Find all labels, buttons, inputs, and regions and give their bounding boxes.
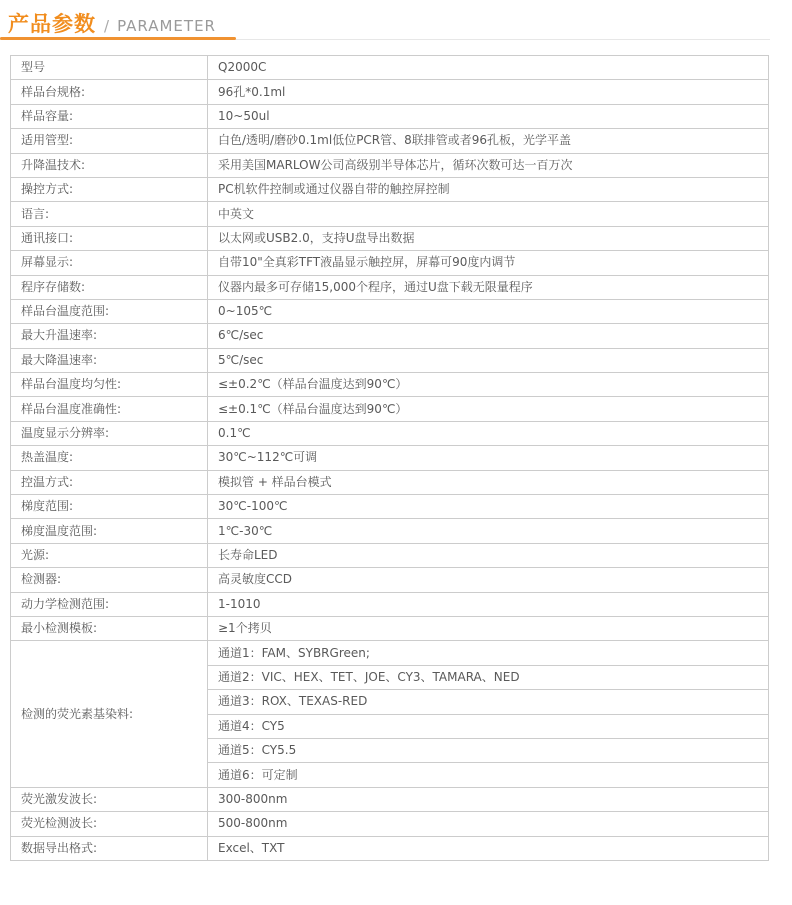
product-parameter-page: 产品参数 / PARAMETER 型号Q2000C样品台规格:96孔*0.1ml… <box>0 0 792 905</box>
parameter-label: 热盖温度: <box>11 446 208 470</box>
table-row: 梯度温度范围:1℃-30℃ <box>11 519 769 543</box>
parameter-value: 10~50ul <box>208 104 769 128</box>
table-row: 样品台规格:96孔*0.1ml <box>11 80 769 104</box>
parameter-value: 0.1℃ <box>208 421 769 445</box>
table-row: 操控方式:PC机软件控制或通过仪器自带的触控屏控制 <box>11 177 769 201</box>
parameter-label: 样品台规格: <box>11 80 208 104</box>
table-row: 温度显示分辨率:0.1℃ <box>11 421 769 445</box>
parameter-value: 0~105℃ <box>208 299 769 323</box>
table-row: 样品容量:10~50ul <box>11 104 769 128</box>
parameter-label: 温度显示分辨率: <box>11 421 208 445</box>
underline-orange-segment <box>0 37 236 40</box>
parameter-label: 适用管型: <box>11 129 208 153</box>
parameter-label: 语言: <box>11 202 208 226</box>
table-row: 屏幕显示:自带10"全真彩TFT液晶显示触控屏，屏幕可90度内调节 <box>11 251 769 275</box>
table-row: 热盖温度:30℃~112℃可调 <box>11 446 769 470</box>
parameter-label: 梯度温度范围: <box>11 519 208 543</box>
table-row: 最大升温速率:6℃/sec <box>11 324 769 348</box>
parameter-value: 30℃~112℃可调 <box>208 446 769 470</box>
table-row: 适用管型:白色/透明/磨砂0.1ml低位PCR管、8联排管或者96孔板，光学平盖 <box>11 129 769 153</box>
table-row: 检测器:高灵敏度CCD <box>11 568 769 592</box>
parameter-value: 300-800nm <box>208 787 769 811</box>
table-row: 升降温技术:采用美国MARLOW公司高级别半导体芯片，循环次数可达一百万次 <box>11 153 769 177</box>
parameter-value: ≥1个拷贝 <box>208 616 769 640</box>
parameter-value: 通道4：CY5 <box>208 714 769 738</box>
parameter-label: 程序存储数: <box>11 275 208 299</box>
parameter-label: 样品台温度范围: <box>11 299 208 323</box>
parameter-label: 最大升温速率: <box>11 324 208 348</box>
parameter-value: ≤±0.2℃（样品台温度达到90℃） <box>208 373 769 397</box>
section-header: 产品参数 / PARAMETER <box>0 0 792 47</box>
section-title-en: PARAMETER <box>117 17 216 35</box>
table-row: 动力学检测范围:1-1010 <box>11 592 769 616</box>
table-row: 样品台温度均匀性:≤±0.2℃（样品台温度达到90℃） <box>11 373 769 397</box>
parameter-label: 最大降温速率: <box>11 348 208 372</box>
parameter-value: 500-800nm <box>208 812 769 836</box>
parameter-label: 荧光检测波长: <box>11 812 208 836</box>
parameter-value: ≤±0.1℃（样品台温度达到90℃） <box>208 397 769 421</box>
parameter-value: 采用美国MARLOW公司高级别半导体芯片，循环次数可达一百万次 <box>208 153 769 177</box>
parameter-value: 长寿命LED <box>208 543 769 567</box>
parameter-label: 控温方式: <box>11 470 208 494</box>
table-row: 语言:中英文 <box>11 202 769 226</box>
table-row: 最大降温速率:5℃/sec <box>11 348 769 372</box>
table-row: 通讯接口:以太网或USB2.0，支持U盘导出数据 <box>11 226 769 250</box>
parameter-table-body: 型号Q2000C样品台规格:96孔*0.1ml样品容量:10~50ul适用管型:… <box>11 56 769 861</box>
parameter-value: 白色/透明/磨砂0.1ml低位PCR管、8联排管或者96孔板，光学平盖 <box>208 129 769 153</box>
section-title: 产品参数 / PARAMETER <box>8 8 792 38</box>
parameter-label: 最小检测模板: <box>11 616 208 640</box>
parameter-label: 操控方式: <box>11 177 208 201</box>
table-row: 梯度范围:30℃-100℃ <box>11 495 769 519</box>
parameter-label: 光源: <box>11 543 208 567</box>
parameter-value: 96孔*0.1ml <box>208 80 769 104</box>
table-row: 程序存储数:仪器内最多可存储15,000个程序，通过U盘下载无限量程序 <box>11 275 769 299</box>
parameter-label: 梯度范围: <box>11 495 208 519</box>
section-title-cn: 产品参数 <box>8 8 96 38</box>
parameter-value: 5℃/sec <box>208 348 769 372</box>
parameter-label: 屏幕显示: <box>11 251 208 275</box>
table-row: 光源:长寿命LED <box>11 543 769 567</box>
parameter-value: 模拟管 + 样品台模式 <box>208 470 769 494</box>
section-title-underline <box>0 37 770 40</box>
parameter-value: 通道3：ROX、TEXAS-RED <box>208 690 769 714</box>
parameter-value: PC机软件控制或通过仪器自带的触控屏控制 <box>208 177 769 201</box>
parameter-table: 型号Q2000C样品台规格:96孔*0.1ml样品容量:10~50ul适用管型:… <box>10 55 769 861</box>
section-title-separator: / <box>104 17 109 35</box>
parameter-value: 1℃-30℃ <box>208 519 769 543</box>
parameter-value: 以太网或USB2.0，支持U盘导出数据 <box>208 226 769 250</box>
table-row: 荧光检测波长:500-800nm <box>11 812 769 836</box>
parameter-value: 高灵敏度CCD <box>208 568 769 592</box>
table-row: 数据导出格式:Excel、TXT <box>11 836 769 860</box>
parameter-label: 通讯接口: <box>11 226 208 250</box>
parameter-label: 样品台温度准确性: <box>11 397 208 421</box>
parameter-value: Q2000C <box>208 56 769 80</box>
parameter-label: 型号 <box>11 56 208 80</box>
table-row: 检测的荧光素基染料:通道1：FAM、SYBRGreen; <box>11 641 769 665</box>
table-row: 最小检测模板:≥1个拷贝 <box>11 616 769 640</box>
parameter-value: 30℃-100℃ <box>208 495 769 519</box>
parameter-label: 荧光激发波长: <box>11 787 208 811</box>
parameter-label: 动力学检测范围: <box>11 592 208 616</box>
parameter-value: 通道6：可定制 <box>208 763 769 787</box>
table-row: 控温方式:模拟管 + 样品台模式 <box>11 470 769 494</box>
parameter-label: 升降温技术: <box>11 153 208 177</box>
parameter-value: 仪器内最多可存储15,000个程序，通过U盘下载无限量程序 <box>208 275 769 299</box>
parameter-value: 6℃/sec <box>208 324 769 348</box>
parameter-value: 通道2：VIC、HEX、TET、JOE、CY3、TAMARA、NED <box>208 665 769 689</box>
parameter-value: 中英文 <box>208 202 769 226</box>
parameter-value: Excel、TXT <box>208 836 769 860</box>
table-row: 样品台温度准确性:≤±0.1℃（样品台温度达到90℃） <box>11 397 769 421</box>
parameter-label: 检测的荧光素基染料: <box>11 641 208 787</box>
parameter-value: 通道1：FAM、SYBRGreen; <box>208 641 769 665</box>
table-row: 型号Q2000C <box>11 56 769 80</box>
parameter-value: 通道5：CY5.5 <box>208 738 769 762</box>
parameter-label: 检测器: <box>11 568 208 592</box>
parameter-label: 数据导出格式: <box>11 836 208 860</box>
table-row: 样品台温度范围:0~105℃ <box>11 299 769 323</box>
parameter-label: 样品台温度均匀性: <box>11 373 208 397</box>
parameter-value: 1-1010 <box>208 592 769 616</box>
parameter-label: 样品容量: <box>11 104 208 128</box>
parameter-value: 自带10"全真彩TFT液晶显示触控屏，屏幕可90度内调节 <box>208 251 769 275</box>
table-row: 荧光激发波长:300-800nm <box>11 787 769 811</box>
